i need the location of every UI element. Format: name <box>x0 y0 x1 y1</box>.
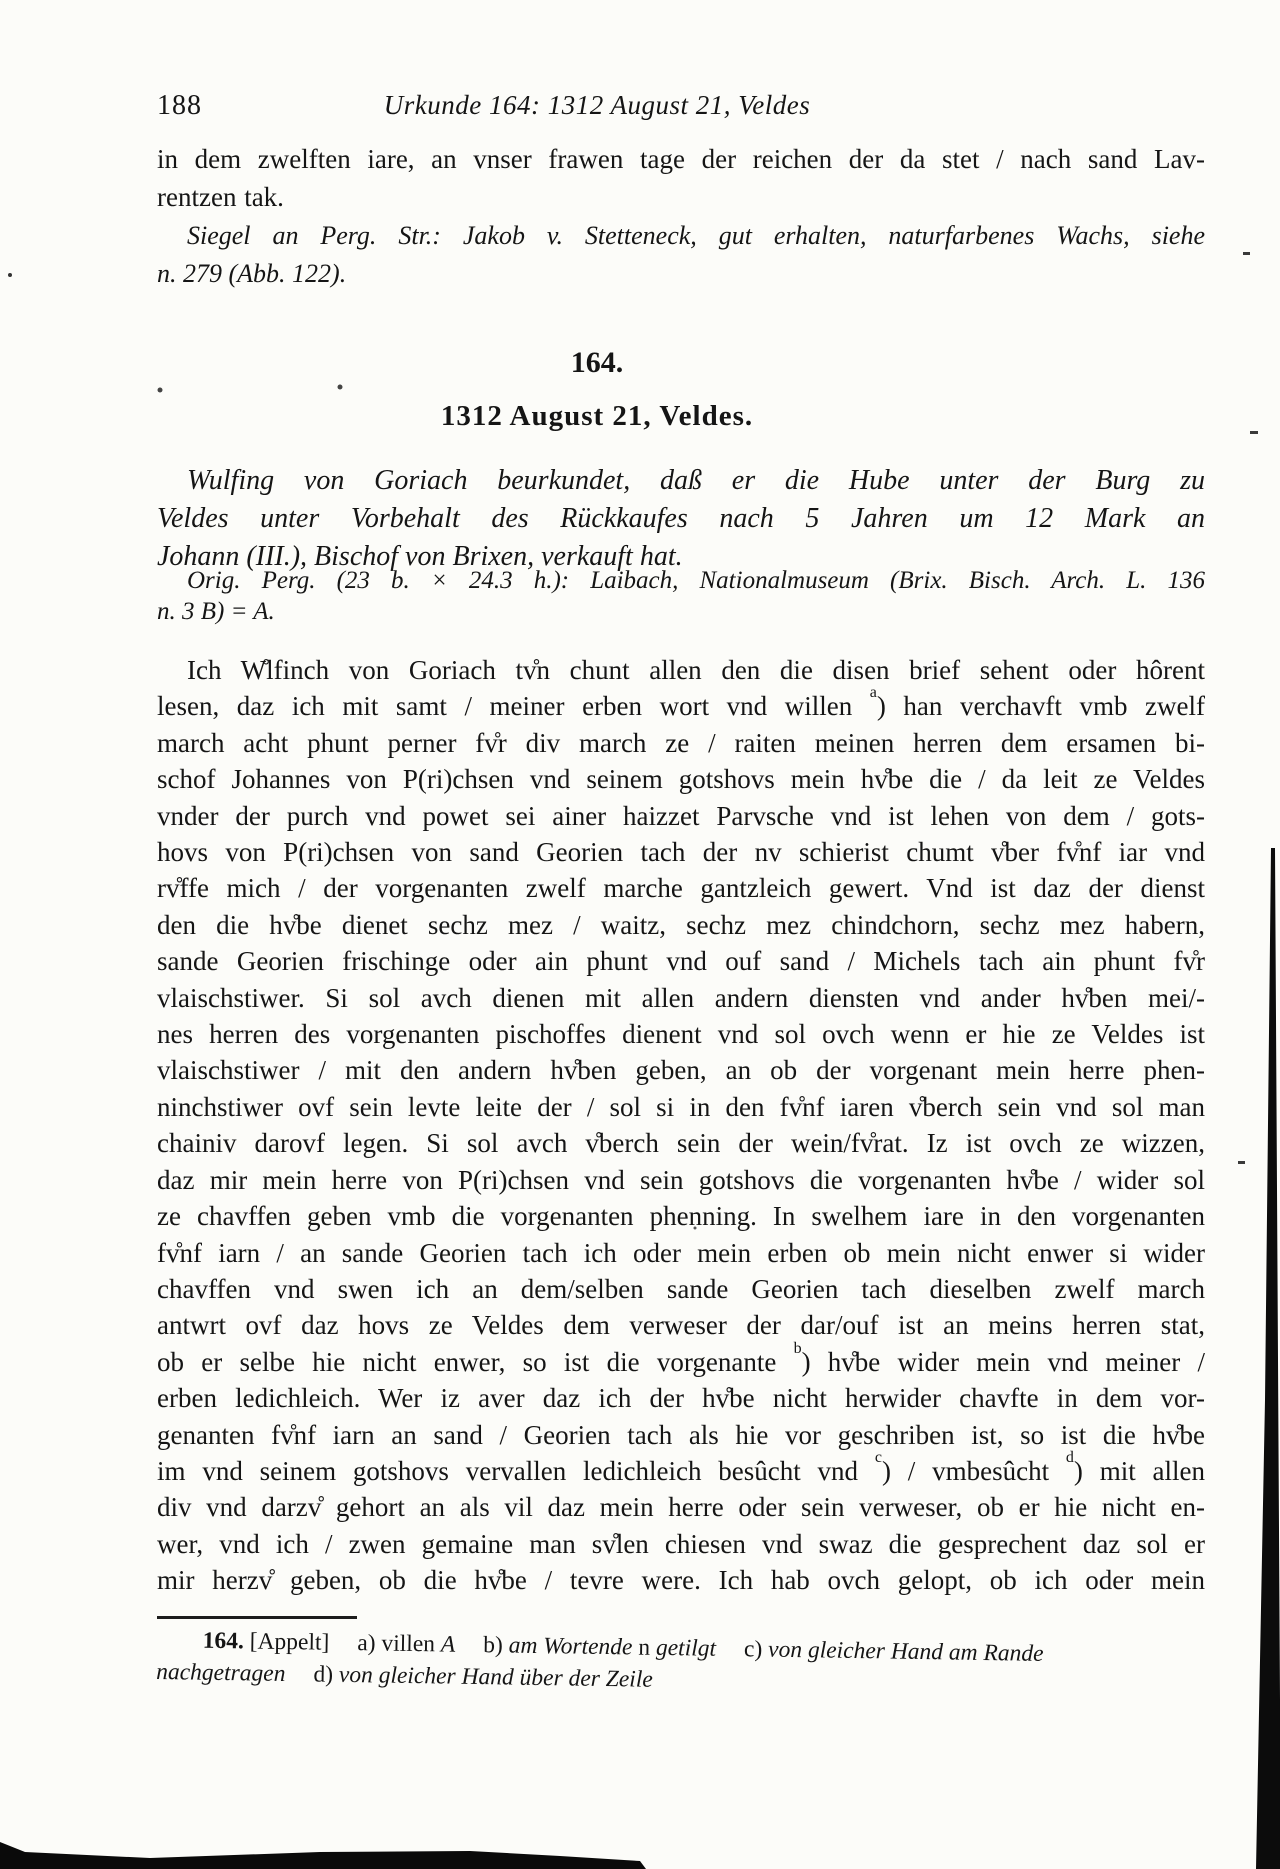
charter-source-note: Orig. Perg. (23 b. × 24.3 h.): Laibach, … <box>157 565 1205 627</box>
speck <box>338 385 343 390</box>
text-line: Ich W̊lfinch von Goriach tv̊n chunt alle… <box>157 652 1205 688</box>
footnote-marker: c <box>875 1449 882 1466</box>
text-line: rv̊ffe mich / der vorgenanten zwelf marc… <box>157 870 1205 906</box>
speck <box>1243 252 1250 255</box>
charter-date-heading: 1312 August 21, Veldes. <box>157 400 1037 433</box>
text-line: im vnd seinem gotshovs vervallen ledichl… <box>157 1453 1205 1489</box>
footnote-segment: getilgt <box>656 1635 716 1662</box>
footnote-segment: c) <box>744 1636 769 1662</box>
text-line: erben ledichleich. Wer iz aver daz ich d… <box>157 1380 1205 1416</box>
footnote-segment: am Wortende <box>508 1633 638 1661</box>
text-line: schof Johannes von P(ri)chsen vnd seinem… <box>157 761 1205 797</box>
text-line: march acht phunt perner fv̊r div march z… <box>157 725 1205 761</box>
charter-regest: Wulfing von Goriach beurkundet, daß er d… <box>157 462 1205 576</box>
text-line: n. 3 B) = A. <box>157 596 1205 627</box>
charter-number-heading: 164. <box>157 346 1037 380</box>
speck <box>1250 431 1258 434</box>
footnote-marker: b <box>794 1340 802 1357</box>
binding-shadow-line <box>1256 848 1280 1869</box>
text-line: vlaischstiwer. Si sol avch dienen mit al… <box>157 980 1205 1016</box>
text-line: Siegel an Perg. Str.: Jakob v. Stettenec… <box>157 217 1205 255</box>
text-line: fv̊nf iarn / an sande Georien tach ich o… <box>157 1235 1205 1271</box>
running-head: Urkunde 164: 1312 August 21, Veldes <box>157 90 1037 121</box>
seal-description-note: Siegel an Perg. Str.: Jakob v. Stettenec… <box>157 217 1205 293</box>
text-line: chainiv darovf legen. Si sol avch v̊berc… <box>157 1125 1205 1161</box>
text-line: mir herzv̊ geben, ob die hv̊be / tevre w… <box>157 1562 1205 1598</box>
text-line: chavffen vnd swen ich an dem/selben sand… <box>157 1271 1205 1307</box>
footnote-segment: nachgetragen <box>156 1659 286 1687</box>
text-line: Veldes unter Vorbehalt des Rückkaufes na… <box>157 500 1205 538</box>
footnote-segment: n <box>638 1635 656 1661</box>
text-line: ze chavffen geben vmb die vorgenanten ph… <box>157 1198 1205 1234</box>
footnote-segment: 164. <box>203 1628 245 1655</box>
text-line: Wulfing von Goriach beurkundet, daß er d… <box>157 462 1205 500</box>
footnote-marker: d <box>1066 1449 1074 1466</box>
text-line: vnder der purch vnd powet sei ainer haiz… <box>157 798 1205 834</box>
scanned-book-page: 188 Urkunde 164: 1312 August 21, Veldes … <box>0 0 1280 1869</box>
footnote-segment: von gleicher Hand am Rande <box>768 1637 1044 1667</box>
footnote-marker: a <box>870 684 877 701</box>
footnote-segment: a) villen <box>357 1630 441 1657</box>
text-line: vlaischstiwer / mit den andern hv̊ben ge… <box>157 1052 1205 1088</box>
text-line: rentzen tak. <box>157 178 1205 216</box>
text-line: div vnd darzv̊ gehort an als vil daz mei… <box>157 1489 1205 1525</box>
text-line: den die hv̊be dienet sechz mez / waitz, … <box>157 907 1205 943</box>
text-line: sande Georien frischinge oder ain phunt … <box>157 943 1205 979</box>
charter-163-continuation-text: in dem zwelften iare, an vnser frawen ta… <box>157 140 1205 216</box>
text-line: hovs von P(ri)chsen von sand Georien tac… <box>157 834 1205 870</box>
text-line: Orig. Perg. (23 b. × 24.3 h.): Laibach, … <box>157 565 1205 596</box>
text-line: ob er selbe hie nicht enwer, so ist die … <box>157 1344 1205 1380</box>
footnote-segment: b) <box>483 1632 509 1658</box>
footnote-rule <box>157 1616 357 1619</box>
bottom-scan-bar <box>0 1842 646 1869</box>
critical-apparatus: 164. [Appelt]a) villen Ab) am Wortende n… <box>156 1624 1205 1704</box>
text-line: wer, vnd ich / zwen gemaine man sv̊len c… <box>157 1526 1205 1562</box>
footnote-segment: d) <box>313 1661 339 1687</box>
text-line: n. 279 (Abb. 122). <box>157 255 1205 293</box>
footnote-segment: von gleicher Hand über der Zeile <box>339 1662 653 1693</box>
text-line: antwrt ovf daz hovs ze Veldes dem verwes… <box>157 1307 1205 1343</box>
speck <box>158 388 163 393</box>
charter-body-text: Ich W̊lfinch von Goriach tv̊n chunt alle… <box>157 652 1205 1599</box>
text-line: lesen, daz ich mit samt / meiner erben w… <box>157 688 1205 724</box>
footnote-segment: [Appelt] <box>244 1628 330 1655</box>
footnote-segment: A <box>441 1631 456 1657</box>
text-line: in dem zwelften iare, an vnser frawen ta… <box>157 140 1205 178</box>
text-line: nes herren des vorgenanten pischoffes di… <box>157 1016 1205 1052</box>
text-line: daz mir mein herre von P(ri)chsen vnd se… <box>157 1162 1205 1198</box>
text-line: ninchstiwer ovf sein levte leite der / s… <box>157 1089 1205 1125</box>
speck <box>8 273 12 277</box>
text-line: genanten fv̊nf iarn an sand / Georien ta… <box>157 1417 1205 1453</box>
speck <box>1238 1161 1245 1164</box>
